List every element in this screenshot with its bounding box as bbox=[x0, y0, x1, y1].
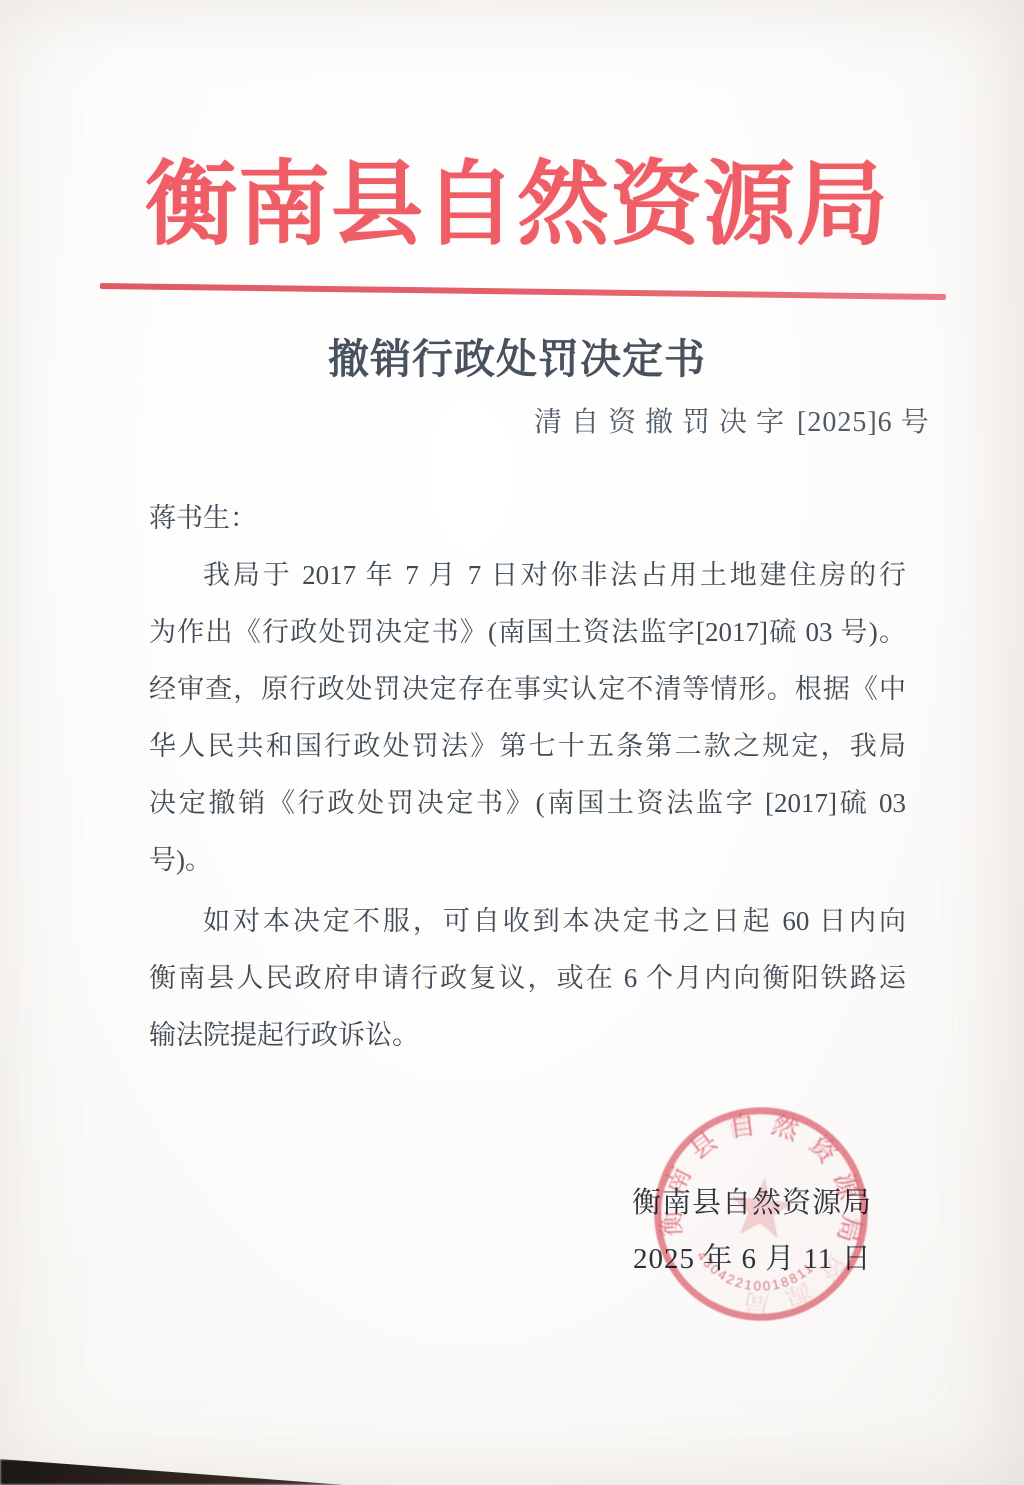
photo-edge-shadow bbox=[0, 1459, 345, 1485]
document-page: 衡南县自然资源局 撤销行政处罚决定书 清自资撤罚决字[2025]6 号 蒋书生：… bbox=[0, 0, 1024, 1485]
body-line: 衡南县人民政府申请行政复议，或在 6 个月内向衡阳铁路运 bbox=[149, 950, 906, 1007]
letterhead-divider-line bbox=[100, 283, 946, 300]
body-line: 输法院提起行政诉讼。 bbox=[149, 1007, 906, 1064]
body-line: 经审查，原行政处罚决定存在事实认定不清等情形。根据《中 bbox=[149, 661, 906, 718]
document-number-prefix: 清自资撤罚决字 bbox=[534, 407, 793, 438]
paragraph-1: 我局于 2017 年 7 月 7 日对你非法占用土地建住房的行 为作出《行政处罚… bbox=[149, 547, 906, 889]
body-line: 号)。 bbox=[149, 832, 906, 889]
salutation: 蒋书生： bbox=[149, 490, 906, 547]
agency-letterhead: 衡南县自然资源局 bbox=[10, 150, 1024, 260]
document-number-suffix: [2025]6 号 bbox=[797, 407, 930, 438]
body-line: 决定撤销《行政处罚决定书》(南国土资法监字 [2017]硫 03 bbox=[149, 775, 906, 832]
paragraph-2: 如对本决定不服，可自收到本决定书之日起 60 日内向 衡南县人民政府申请行政复议… bbox=[149, 893, 906, 1064]
body-line: 华人民共和国行政处罚法》第七十五条第二款之规定，我局 bbox=[149, 718, 906, 775]
document-title: 撤销行政处罚决定书 bbox=[10, 326, 1024, 385]
official-seal: 衡南县自然资源局 衡南县自然资源局 43042210018811 bbox=[631, 1084, 890, 1343]
document-number: 清自资撤罚决字[2025]6 号 bbox=[534, 400, 930, 440]
body-line: 我局于 2017 年 7 月 7 日对你非法占用土地建住房的行 bbox=[149, 547, 906, 604]
document-body: 蒋书生： 我局于 2017 年 7 月 7 日对你非法占用土地建住房的行 为作出… bbox=[149, 490, 906, 1064]
body-line: 如对本决定不服，可自收到本决定书之日起 60 日内向 bbox=[149, 893, 906, 950]
body-line: 为作出《行政处罚决定书》(南国土资法监字[2017]硫 03 号)。 bbox=[149, 604, 906, 661]
